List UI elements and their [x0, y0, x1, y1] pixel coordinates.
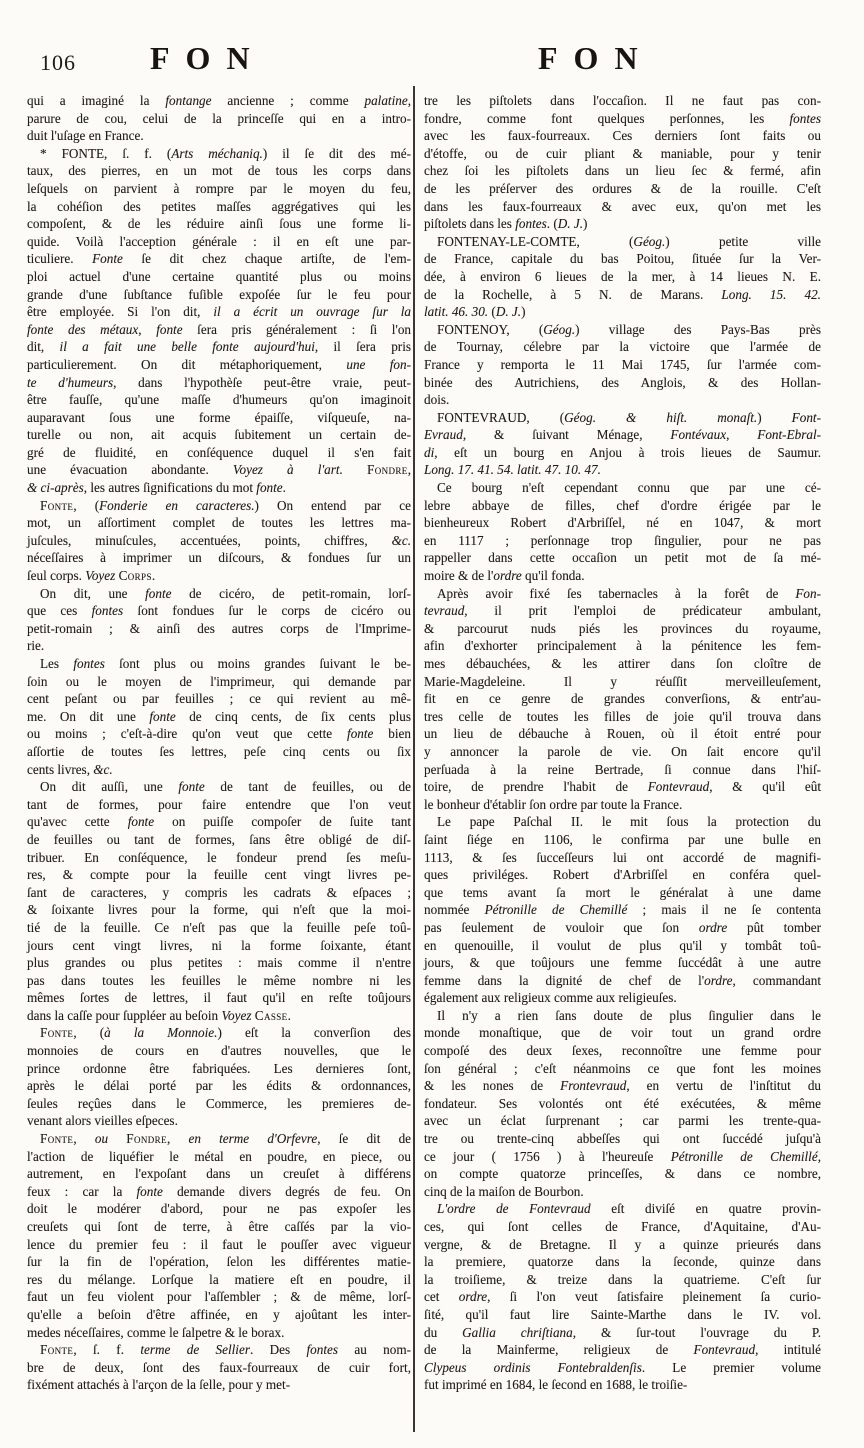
text-line: petit-romain ; & ainſi des autres corps …: [27, 620, 411, 638]
text-line: qu'elle a beſoin d'être affinée, en y aj…: [27, 1306, 411, 1324]
text-line: Evraud, & ſuivant Ménage, Fontévaux, Fon…: [424, 426, 821, 444]
text-line: bienheureux Robert d'Arbriſſel, né en 10…: [424, 514, 821, 532]
paragraph: Fonte, ſ. f. terme de Sellier. Des fonte…: [27, 1341, 411, 1394]
text-line: rappeller dans cette occaſion un petit m…: [424, 549, 821, 567]
text-line: toire, de prendre l'habit de Fontevraud,…: [424, 778, 821, 796]
text-line: dans la caſſe pour ſuppléer au beſoin Vo…: [27, 1007, 411, 1025]
text-line: parure de cou, celui de la princeſſe qui…: [27, 110, 411, 128]
text-line: Fonte, (Fonderie en caracteres.) On ente…: [27, 497, 411, 515]
text-line: en 1117 ; perſonnage trop ſingulier, pou…: [424, 532, 821, 550]
text-line: cents livres, &c.: [27, 761, 411, 779]
text-line: l'action de liquéfier le métal en poudre…: [27, 1148, 411, 1166]
text-line: binée des Autrichiens, des Anglois, & de…: [424, 374, 821, 392]
text-line: bre de deux, ſont des faux-fourreaux de …: [27, 1359, 411, 1377]
text-line: mes débauchées, & les attirer dans ſon c…: [424, 655, 821, 673]
text-line: que ces fontes ſont fondues ſur le corps…: [27, 602, 411, 620]
text-line: duit l'uſage en France.: [27, 127, 411, 145]
paragraph: tre les piſtolets dans l'occaſion. Il ne…: [424, 92, 821, 233]
text-line: creuſets qui ſont de terre, à être caſſé…: [27, 1218, 411, 1236]
text-line: de la Rochelle, à 5 N. de Marans. Long. …: [424, 286, 821, 304]
text-line: FONTENOY, (Géog.) village des Pays-Bas p…: [424, 321, 821, 339]
text-line: FONTEVRAUD, (Géog. & hiſt. monaſt.) Font…: [424, 409, 821, 427]
text-line: di, eſt un bourg en Anjou à trois lieues…: [424, 444, 821, 462]
running-title-right: FON: [538, 40, 654, 77]
text-line: ploi actuel d'une certaine quantité plus…: [27, 268, 411, 286]
text-line: mot, un aſſortiment complet de toutes le…: [27, 514, 411, 532]
text-line: Il n'y a rien ſans doute de plus ſinguli…: [424, 1007, 821, 1025]
paragraph: Il n'y a rien ſans doute de plus ſinguli…: [424, 1007, 821, 1201]
text-line: du Gallia chriſtiana, & ſur-tout l'ouvra…: [424, 1324, 821, 1342]
text-line: Le pape Paſchal II. le mit ſous la prote…: [424, 813, 821, 831]
text-line: gré de fluidité, en conſéquence duquel i…: [27, 444, 411, 462]
text-line: tribuer. En conſéquence, le fondeur pren…: [27, 849, 411, 867]
text-line: y annoncer la parole de vie. On ſait enc…: [424, 743, 821, 761]
text-line: avec les faux-fourreaux. Ces derniers ſo…: [424, 127, 821, 145]
text-line: & ci-après, les autres ſignifications du…: [27, 479, 411, 497]
text-line: monde monaſtique, que de voir tout un gr…: [424, 1024, 821, 1042]
paragraph: Fonte, (Fonderie en caracteres.) On ente…: [27, 497, 411, 585]
text-line: la cohéſion des petites maſſes aggrégati…: [27, 198, 411, 216]
paragraph: On dit auſſi, une fonte de tant de feuil…: [27, 778, 411, 1024]
text-line: tre ou trente-cinq abbeſſes qui ont ſucc…: [424, 1130, 821, 1148]
text-line: jours, & que toûjours une femme ſuccédât…: [424, 954, 821, 972]
paragraph: FONTENOY, (Géog.) village des Pays-Bas p…: [424, 321, 821, 409]
text-line: dit, il a fait une belle fonte aujourd'h…: [27, 338, 411, 356]
text-line: Clypeus ordinis Fontebraldenſis. Le prem…: [424, 1359, 821, 1377]
text-line: ces, qui ſont celles de France, d'Aquita…: [424, 1218, 821, 1236]
text-line: res du mélange. Lorſque la matiere eſt e…: [27, 1271, 411, 1289]
text-line: moire & de l'ordre qu'il fonda.: [424, 567, 821, 585]
paragraph: * FONTE, ſ. f. (Arts méchaniq.) il ſe di…: [27, 145, 411, 497]
text-line: Fonte, ou Fondre, en terme d'Orfevre, ſe…: [27, 1130, 411, 1148]
text-line: d'étoffe, ou de cuir pliant & maniable, …: [424, 145, 821, 163]
text-line: plus grandes ou plus petites : mais comm…: [27, 954, 411, 972]
text-line: être employée. Si l'on dit, il a écrit u…: [27, 303, 411, 321]
text-line: chez ſoi les piſtolets dans un lieu ſec …: [424, 162, 821, 180]
text-line: ſant de caracteres, y compris les cadrat…: [27, 884, 411, 902]
text-line: pas ſeulement de vouloir que ſon ordre p…: [424, 919, 821, 937]
text-line: de les préſerver des ordures & de la rou…: [424, 180, 821, 198]
text-line: piſtolets dans les fontes. (D. J.): [424, 215, 821, 233]
text-line: doit le modérer d'abord, pour ne pas exp…: [27, 1200, 411, 1218]
text-line: ſaint ſiége en 1106, le confirma par une…: [424, 831, 821, 849]
text-line: grande d'une ſubſtance fuſible expoſée ſ…: [27, 286, 411, 304]
paragraph: On dit, une fonte de cicéro, de petit-ro…: [27, 585, 411, 655]
text-line: avec un éclat ſurprenant ; car parmi les…: [424, 1112, 821, 1130]
text-line: tres celle de toutes les filles de joie …: [424, 708, 821, 726]
text-line: cinq de la maiſon de Bourbon.: [424, 1183, 821, 1201]
text-line: Fonte, (à la Monnoie.) eſt la converſion…: [27, 1024, 411, 1042]
text-line: ſité, qu'il faut lire Sainte-Marthe dans…: [424, 1306, 821, 1324]
text-line: une évacuation abondante. Voyez à l'art.…: [27, 461, 411, 479]
text-line: quide. Voilà l'acception générale : il e…: [27, 233, 411, 251]
text-line: le bonheur d'établir ſon ordre par toute…: [424, 796, 821, 814]
text-line: un lieu de débauche à Rouen, où il étoit…: [424, 725, 821, 743]
text-line: Après avoir fixé ſes tabernacles à la fo…: [424, 585, 821, 603]
text-line: nommée Pétronille de Chemillé ; mais il …: [424, 901, 821, 919]
text-line: la premiere, quatorze dans la ſeconde, q…: [424, 1253, 821, 1271]
text-line: faut un feu violent pour l'aſſembler ; &…: [27, 1288, 411, 1306]
column-divider-rule: [413, 86, 415, 1432]
text-line: On dit auſſi, une fonte de tant de feuil…: [27, 778, 411, 796]
encyclopedia-page-scan: { "page": { "number": "106", "running_ti…: [0, 0, 864, 1448]
paragraph: qui a imaginé la fontange ancienne ; com…: [27, 92, 411, 145]
text-line: cent peſant ou par feuilles ; ce qui rev…: [27, 690, 411, 708]
text-line: fondateur. Ses volontés ont été exécutée…: [424, 1095, 821, 1113]
text-line: prince ordonne être fabriquées. Les dern…: [27, 1060, 411, 1078]
text-line: dans les faux-fourreaux & avec eux, qu'o…: [424, 198, 821, 216]
text-line: ce jour ( 1756 ) à l'heureuſe Pétronille…: [424, 1148, 821, 1166]
text-line: L'ordre de Fontevraud eſt diviſé en quat…: [424, 1200, 821, 1218]
paragraph: Après avoir fixé ſes tabernacles à la fo…: [424, 585, 821, 814]
text-line: FONTENAY-LE-COMTE, (Géog.) petite ville: [424, 233, 821, 251]
text-line: monnoies de cours en d'autres nouvelles,…: [27, 1042, 411, 1060]
text-line: jours cent vingt livres, ni la forme ſoi…: [27, 937, 411, 955]
text-line: vergne, & de Bretagne. Il y a quinze pri…: [424, 1236, 821, 1254]
text-line: lebre abbaye de filles, chef d'ordre éri…: [424, 497, 821, 515]
text-line: fondre, comme font quelques perſonnes, l…: [424, 110, 821, 128]
paragraph: Ce bourg n'eſt cependant connu que par u…: [424, 479, 821, 585]
paragraph: Le pape Paſchal II. le mit ſous la prote…: [424, 813, 821, 1007]
text-line: Marie-Magdeleine. Il y réuſſit merveille…: [424, 673, 821, 691]
text-line: tre les piſtolets dans l'occaſion. Il ne…: [424, 92, 821, 110]
page-number: 106: [40, 50, 76, 76]
text-line: medes néceſſaires, comme le ſalpetre & l…: [27, 1324, 411, 1342]
paragraph: Fonte, ou Fondre, en terme d'Orfevre, ſe…: [27, 1130, 411, 1341]
text-line: de Tournay, célebre par la victoire que …: [424, 338, 821, 356]
text-line: dois.: [424, 391, 821, 409]
text-line: & ſoixante livres pour la forme, qui n'e…: [27, 901, 411, 919]
text-line: latit. 46. 30. (D. J.): [424, 303, 821, 321]
text-line: également aux religieux comme aux religi…: [424, 989, 821, 1007]
right-text-column: tre les piſtolets dans l'occaſion. Il ne…: [424, 92, 821, 1394]
text-line: ſur la fin de l'opération, ſelon les dif…: [27, 1253, 411, 1271]
text-line: compoſé des deux ſexes, reconnoître une …: [424, 1042, 821, 1060]
text-line: néceſſaires à imprimer un diſcours, & fo…: [27, 549, 411, 567]
text-line: turelle ou non, ait acquis ſubitement un…: [27, 426, 411, 444]
text-line: taux, des pierres, en un mot de tous les…: [27, 162, 411, 180]
text-line: aſſortie de toutes ſes lettres, peſe cin…: [27, 743, 411, 761]
text-line: Les fontes ſont plus ou moins grandes ſu…: [27, 655, 411, 673]
text-line: que tems avant ſa mort le généralat à un…: [424, 884, 821, 902]
text-line: Long. 17. 41. 54. latit. 47. 10. 47.: [424, 461, 821, 479]
paragraph: FONTEVRAUD, (Géog. & hiſt. monaſt.) Font…: [424, 409, 821, 479]
text-line: mêmes ſortes de lettres, il faut qu'il e…: [27, 989, 411, 1007]
text-line: rie.: [27, 637, 411, 655]
text-line: dée, à environ 6 lieues de la mer, à 14 …: [424, 268, 821, 286]
paragraph: Fonte, (à la Monnoie.) eſt la converſion…: [27, 1024, 411, 1130]
text-line: la troiſieme, & treize dans la quatrieme…: [424, 1271, 821, 1289]
paragraph: FONTENAY-LE-COMTE, (Géog.) petite villed…: [424, 233, 821, 321]
text-line: te d'humeurs, dans l'hypothèſe peut-être…: [27, 374, 411, 392]
text-line: ou moins ; c'eſt-à-dire qu'on veut que c…: [27, 725, 411, 743]
text-line: France y remporta le 11 Mai 1745, ſur l'…: [424, 356, 821, 374]
text-line: de la Mainferme, religieux de Fontevraud…: [424, 1341, 821, 1359]
text-line: ticuliere. Fonte ſe dit chez chaque arti…: [27, 250, 411, 268]
text-line: qu'avec cette fonte on puiſſe compoſer d…: [27, 813, 411, 831]
text-line: fut imprimé en 1684, le ſecond en 1688, …: [424, 1376, 821, 1394]
text-line: lence du premier feu : il faut le pouſſe…: [27, 1236, 411, 1254]
text-line: juſcules, minuſcules, accentuées, points…: [27, 532, 411, 550]
text-line: tant de formes, pour faire entendre que …: [27, 796, 411, 814]
text-line: ſeules reçûes dans le Commerce, les prem…: [27, 1095, 411, 1113]
text-line: qui a imaginé la fontange ancienne ; com…: [27, 92, 411, 110]
text-line: tevraud, il prit l'emploi de prédicateur…: [424, 602, 821, 620]
text-line: feux : car la fonte demande divers degré…: [27, 1183, 411, 1201]
text-line: compoſent, & de les réduire ainſi ſous u…: [27, 215, 411, 233]
paragraph: Les fontes ſont plus ou moins grandes ſu…: [27, 655, 411, 778]
text-line: en quenouille, il voulut de plus qu'il y…: [424, 937, 821, 955]
text-line: Ce bourg n'eſt cependant connu que par u…: [424, 479, 821, 497]
text-line: fit en ce genre de grandes converſions, …: [424, 690, 821, 708]
text-line: ques priviléges. Robert d'Arbriſſel en c…: [424, 866, 821, 884]
text-line: particulierement. On dit métaphoriquemen…: [27, 356, 411, 374]
text-line: fixément attachés à l'arçon de la ſelle,…: [27, 1376, 411, 1394]
text-line: être fauſſe, qu'une maſſe d'humeurs qu'o…: [27, 391, 411, 409]
text-line: & les nones de Frontevraud, en vertu de …: [424, 1077, 821, 1095]
text-line: venant alors vieilles eſpeces.: [27, 1112, 411, 1130]
text-line: de feuilles ou tant de formes, ſans être…: [27, 831, 411, 849]
text-line: on compte quatorze princeſſes, & dans ce…: [424, 1165, 821, 1183]
text-line: 1113, & ſes ſucceſſeurs lui ont accordé …: [424, 849, 821, 867]
text-line: cet ordre, ſi l'on veut ſatisfaire plein…: [424, 1288, 821, 1306]
text-line: autrement, en l'expoſant dans un creuſet…: [27, 1165, 411, 1183]
text-line: fonte des métaux, fonte ſera pris généra…: [27, 321, 411, 339]
left-text-column: qui a imaginé la fontange ancienne ; com…: [27, 92, 411, 1394]
running-title-left: FON: [150, 40, 266, 77]
text-line: ſon général ; c'eſt néanmoins ce que fon…: [424, 1060, 821, 1078]
text-line: perſuada à la reine Bertrade, ſi connue …: [424, 761, 821, 779]
text-line: me. On dit une fonte de cinq cents, de ſ…: [27, 708, 411, 726]
text-line: & parcourut nuds piés les provinces du r…: [424, 620, 821, 638]
text-line: ſeul corps. Voyez Corps.: [27, 567, 411, 585]
text-line: leſquels on parvient à rompre par le moy…: [27, 180, 411, 198]
text-line: On dit, une fonte de cicéro, de petit-ro…: [27, 585, 411, 603]
text-line: Fonte, ſ. f. terme de Sellier. Des fonte…: [27, 1341, 411, 1359]
text-line: pas dans toutes les feuilles le même nom…: [27, 972, 411, 990]
text-line: de France, capitale du bas Poitou, ſitué…: [424, 250, 821, 268]
text-line: * FONTE, ſ. f. (Arts méchaniq.) il ſe di…: [27, 145, 411, 163]
text-line: tié de la feuille. Ce n'eſt pas que la f…: [27, 919, 411, 937]
text-line: afin d'exhorter principalement à la péni…: [424, 637, 821, 655]
paragraph: L'ordre de Fontevraud eſt diviſé en quat…: [424, 1200, 821, 1394]
text-line: auparavant ſous une forme épaiſſe, viſqu…: [27, 409, 411, 427]
text-line: après le délai porté par les édits & ord…: [27, 1077, 411, 1095]
text-line: femme dans la dignité de chef de l'ordre…: [424, 972, 821, 990]
text-line: ſoin ou le moyen de l'imprimeur, qui dem…: [27, 673, 411, 691]
text-line: res, & compte pour la feuille cent vingt…: [27, 866, 411, 884]
